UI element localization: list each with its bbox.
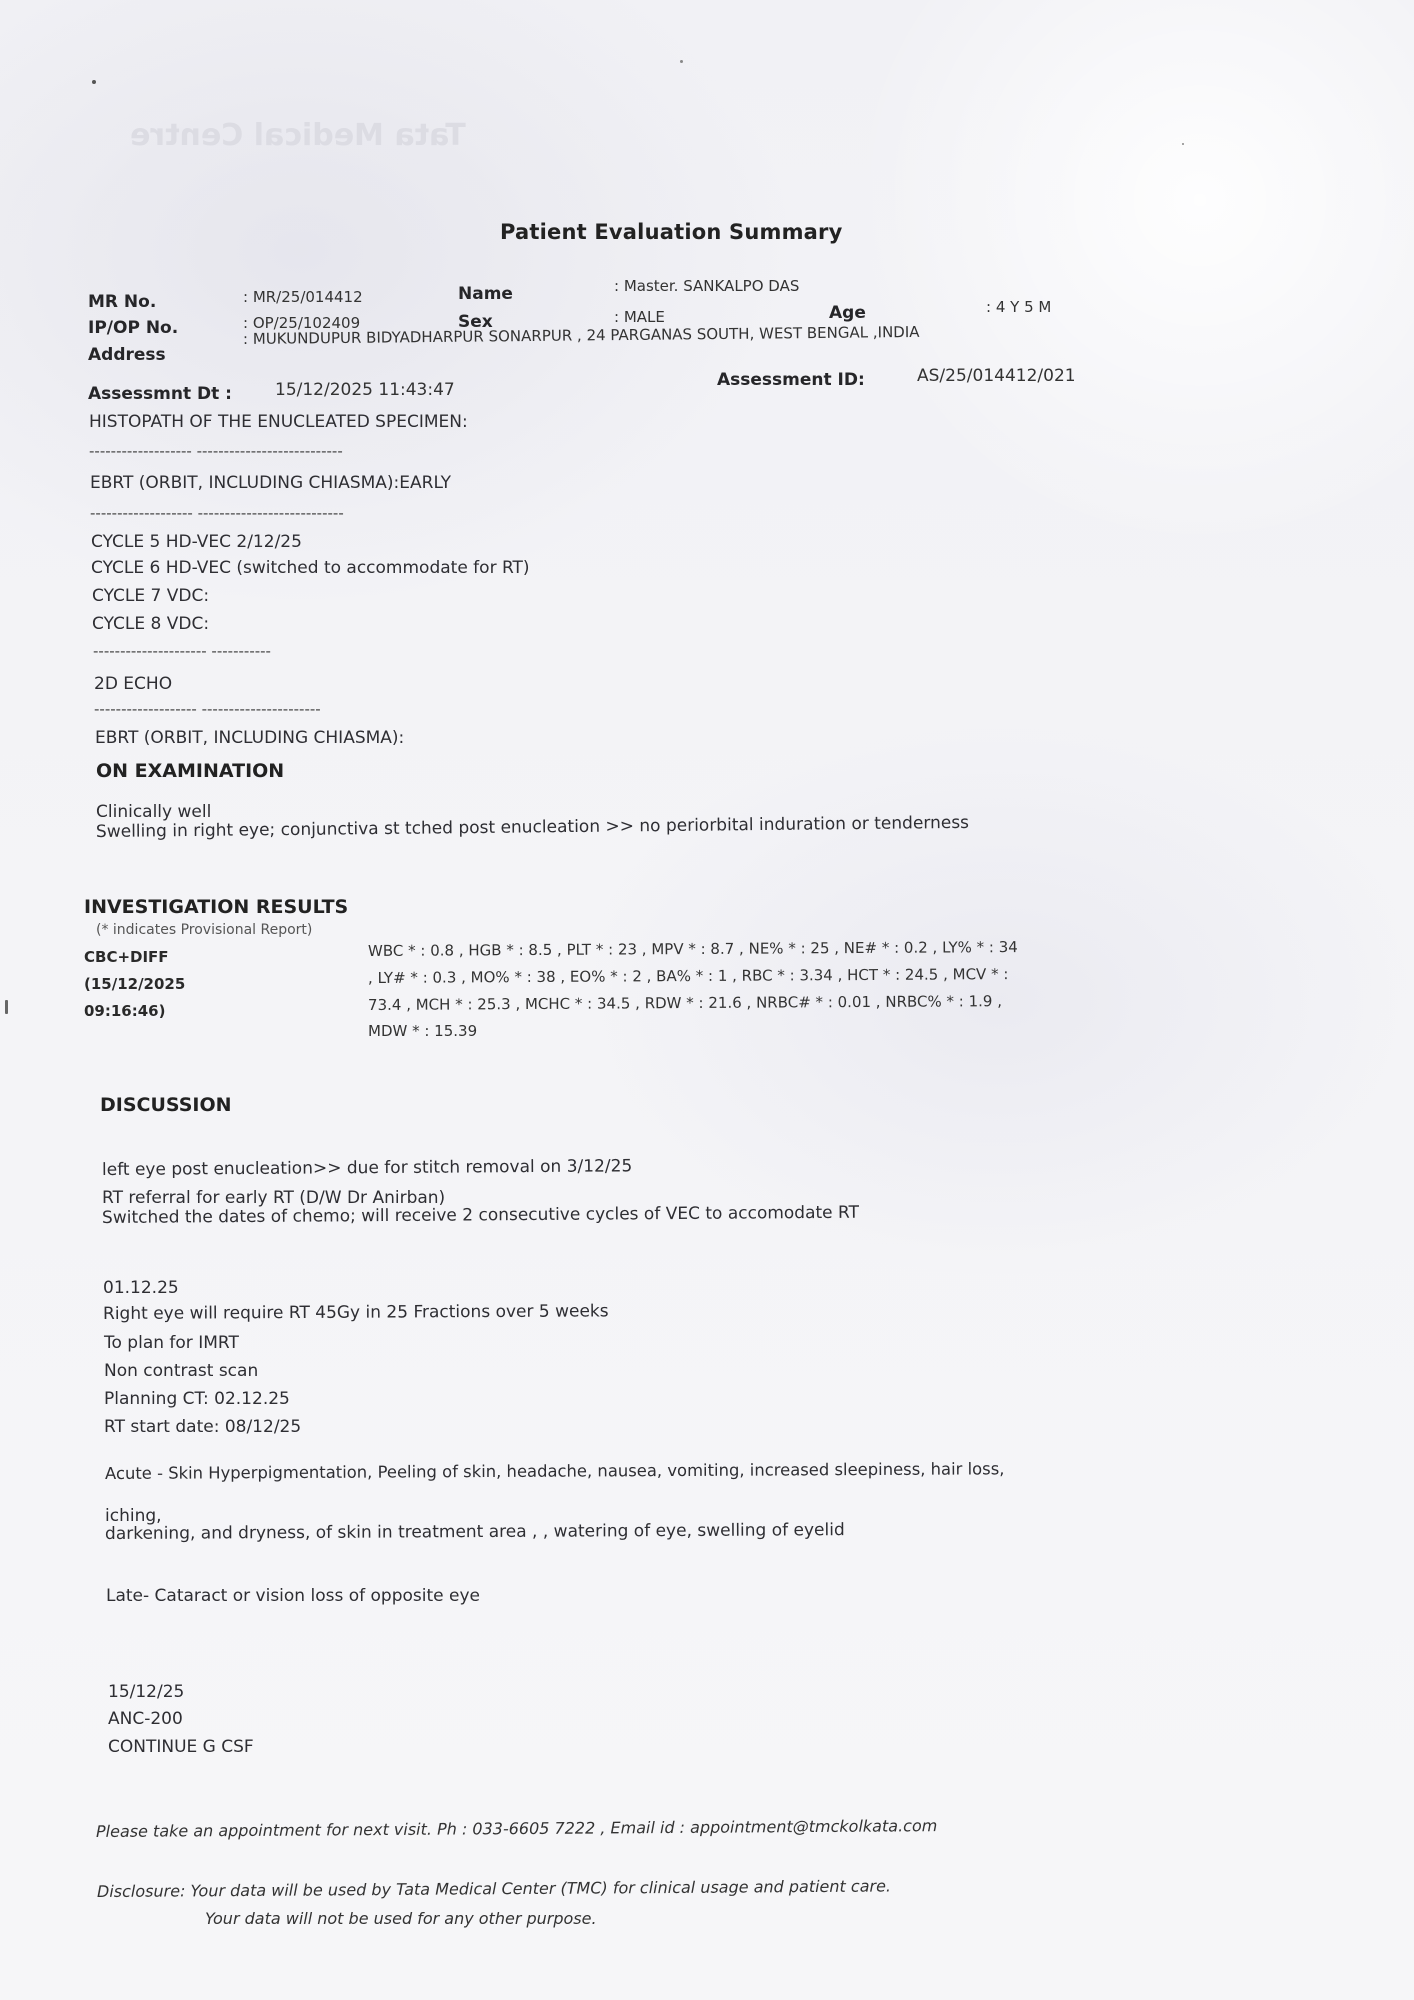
history-histopath: HISTOPATH OF THE ENUCLEATED SPECIMEN:: [89, 412, 468, 432]
mr-no-value: : MR/25/014412: [243, 288, 363, 306]
anc-value: ANC-200: [108, 1709, 183, 1729]
page-title: Patient Evaluation Summary: [500, 220, 842, 244]
examination-heading: ON EXAMINATION: [96, 760, 284, 782]
discussion-line: Right eye will require RT 45Gy in 25 Fra…: [103, 1301, 609, 1324]
test-date: (15/12/2025: [84, 971, 185, 998]
history-ebrt-early: EBRT (ORBIT, INCLUDING CHIASMA):EARLY: [90, 473, 451, 493]
examination-line: Clinically well: [96, 802, 211, 822]
investigation-heading: INVESTIGATION RESULTS: [84, 896, 348, 918]
divider: ------------------- --------------------…: [90, 504, 344, 522]
address-label: Address: [88, 345, 166, 365]
result-line: 73.4 , MCH * : 25.3 , MCHC * : 34.5 , RD…: [368, 988, 1002, 1019]
discussion-line: To plan for IMRT: [104, 1333, 239, 1353]
divider: --------------------- -----------: [93, 642, 271, 660]
discussion-line: Planning CT: 02.12.25: [104, 1389, 290, 1409]
scan-speck: [92, 80, 96, 84]
name-value: : Master. SANKALPO DAS: [614, 277, 799, 295]
disclosure-line: Your data will not be used for any other…: [205, 1909, 597, 1928]
assessment-id-label: Assessment ID:: [717, 370, 865, 390]
discussion-line: left eye post enucleation>> due for stit…: [102, 1156, 632, 1180]
discussion-date: 01.12.25: [103, 1278, 179, 1298]
result-line: , LY# * : 0.3 , MO% * : 38 , EO% * : 2 ,…: [368, 961, 1009, 992]
history-ebrt: EBRT (ORBIT, INCLUDING CHIASMA):: [95, 728, 404, 748]
assessment-id-value: AS/25/014412/021: [917, 366, 1076, 386]
history-cycle-7: CYCLE 7 VDC:: [92, 586, 209, 606]
history-cycle-8: CYCLE 8 VDC:: [92, 614, 209, 634]
history-cycle-6: CYCLE 6 HD-VEC (switched to accommodate …: [91, 558, 530, 578]
discussion-line: RT start date: 08/12/25: [104, 1417, 301, 1437]
sex-value: : MALE: [614, 308, 665, 326]
name-label: Name: [458, 284, 513, 304]
acute-effects-line: darkening, and dryness, of skin in treat…: [105, 1520, 845, 1544]
scan-speck: [1182, 143, 1184, 145]
ipop-no-label: IP/OP No.: [88, 318, 178, 338]
divider: ------------------- --------------------…: [89, 442, 343, 460]
scan-speck: [680, 60, 683, 63]
discussion-line: Non contrast scan: [104, 1361, 258, 1381]
result-line: WBC * : 0.8 , HGB * : 8.5 , PLT * : 23 ,…: [368, 934, 1018, 965]
late-effects-line: Late- Cataract or vision loss of opposit…: [106, 1586, 480, 1606]
age-value: : 4 Y 5 M: [986, 298, 1051, 316]
history-cycle-5: CYCLE 5 HD-VEC 2/12/25: [91, 532, 302, 552]
assessment-date-value: 15/12/2025 11:43:47: [275, 380, 455, 400]
mr-no-label: MR No.: [88, 292, 156, 312]
scan-speck: [5, 1000, 8, 1014]
assessment-date-label: Assessmnt Dt :: [88, 384, 232, 404]
age-label: Age: [829, 303, 866, 323]
result-line: MDW * : 15.39: [368, 1018, 477, 1045]
divider: ------------------- --------------------…: [94, 700, 321, 718]
gcsf-instruction: CONTINUE G CSF: [108, 1737, 254, 1757]
test-time: 09:16:46): [84, 998, 165, 1025]
test-name: CBC+DIFF: [84, 944, 169, 971]
discussion-date: 15/12/25: [108, 1682, 184, 1702]
provisional-note: (* indicates Provisional Report): [96, 922, 312, 938]
discussion-heading: DISCUSSION: [100, 1094, 232, 1116]
history-2d-echo: 2D ECHO: [94, 674, 172, 694]
bleed-through-header: Tata Medical Centre: [130, 118, 466, 153]
